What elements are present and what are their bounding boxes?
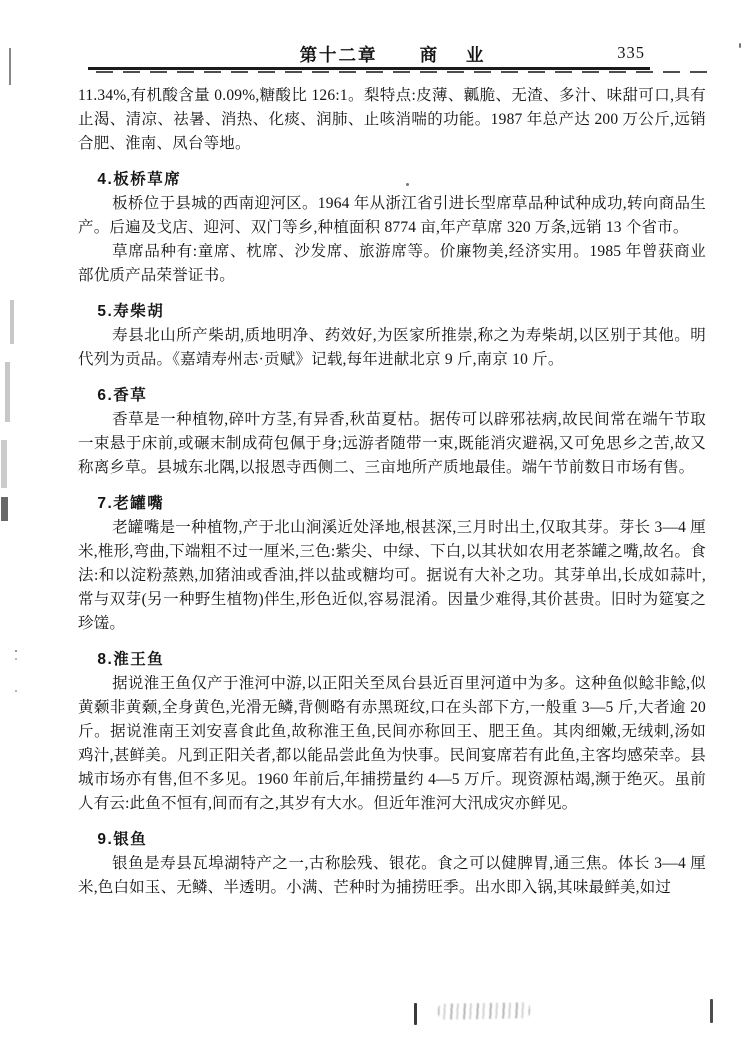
section-shou-chaihu: 5.寿柴胡 寿县北山所产柴胡,质地明净、药效好,为医家所推崇,称之为寿柴胡,以区… — [78, 300, 706, 372]
scan-artifact-speck — [15, 690, 17, 692]
scan-artifact-tick — [414, 1003, 417, 1025]
page-number: 335 — [617, 43, 645, 63]
scan-artifact-smudge — [438, 1002, 530, 1020]
scan-artifact-speck — [15, 658, 17, 660]
section-laoguanzui: 7.老罐嘴 老罐嘴是一种植物,产于北山涧溪近处泽地,根甚深,三月时出土,仅取其芽… — [78, 492, 706, 636]
section-heading-shou-chaihu: 5.寿柴胡 — [78, 300, 706, 324]
section-paragraph: 寿县北山所产柴胡,质地明净、药效好,为医家所推崇,称之为寿柴胡,以区别于其他。明… — [78, 324, 706, 372]
section-heading-laoguanzui: 7.老罐嘴 — [78, 492, 706, 516]
section-heading-xiangcao: 6.香草 — [78, 384, 706, 408]
header-rule — [88, 67, 650, 70]
scan-artifact-streak — [1, 440, 7, 488]
scan-artifact-speck — [15, 650, 17, 652]
section-paragraph: 草席品种有:童席、枕席、沙发席、旅游席等。价廉物美,经济实用。1985 年曾获商… — [78, 240, 706, 288]
header-rule-dashed — [96, 71, 716, 73]
scan-artifact-streak — [1, 497, 8, 521]
section-paragraph: 香草是一种植物,碎叶方茎,有异香,秋苗夏枯。据传可以辟邪祛病,故民间常在端午节取… — [78, 408, 706, 480]
section-paragraph: 银鱼是寿县瓦埠湖特产之一,古称脍残、银花。食之可以健脾胃,通三焦。体长 3—4 … — [78, 852, 706, 900]
section-huaiwang-fish: 8.淮王鱼 据说淮王鱼仅产于淮河中游,以正阳关至凤台县近百里河道中为多。这种鱼似… — [78, 648, 706, 816]
section-silverfish: 9.银鱼 银鱼是寿县瓦埠湖特产之一,古称脍残、银花。食之可以健脾胃,通三焦。体长… — [78, 828, 706, 900]
section-banqiao-straw-mat: 4.板桥草席 板桥位于县城的西南迎河区。1964 年从浙江省引进长型席草品种试种… — [78, 168, 706, 288]
section-heading-silverfish: 9.银鱼 — [78, 828, 706, 852]
section-paragraph: 老罐嘴是一种植物,产于北山涧溪近处泽地,根甚深,三月时出土,仅取其芽。芽长 3—… — [78, 516, 706, 636]
scan-artifact-tick — [710, 999, 713, 1023]
intro-paragraph: 11.34%,有机酸含量 0.09%,糖酸比 126:1。梨特点:皮薄、瓤脆、无… — [78, 84, 706, 156]
section-xiangcao: 6.香草 香草是一种植物,碎叶方茎,有异香,秋苗夏枯。据传可以辟邪祛病,故民间常… — [78, 384, 706, 480]
section-heading-banqiao-straw-mat: 4.板桥草席 — [78, 168, 706, 192]
section-paragraph: 板桥位于县城的西南迎河区。1964 年从浙江省引进长型席草品种试种成功,转向商品… — [78, 192, 706, 240]
page-body: 11.34%,有机酸含量 0.09%,糖酸比 126:1。梨特点:皮薄、瓤脆、无… — [78, 84, 706, 900]
section-heading-huaiwang-fish: 8.淮王鱼 — [78, 648, 706, 672]
chapter-number: 第十二章 — [300, 45, 378, 65]
scan-artifact-streak — [10, 300, 14, 344]
section-paragraph: 据说淮王鱼仅产于淮河中游,以正阳关至凤台县近百里河道中为多。这种鱼似鲶非鲶,似黄… — [78, 672, 706, 816]
scanned-book-page: 第十二章商 业 335 11.34%,有机酸含量 0.09%,糖酸比 126:1… — [0, 0, 747, 1046]
scan-artifact-streak — [5, 362, 10, 422]
page-header: 第十二章商 业 335 — [0, 42, 747, 66]
chapter-title: 商 业 — [420, 45, 496, 65]
